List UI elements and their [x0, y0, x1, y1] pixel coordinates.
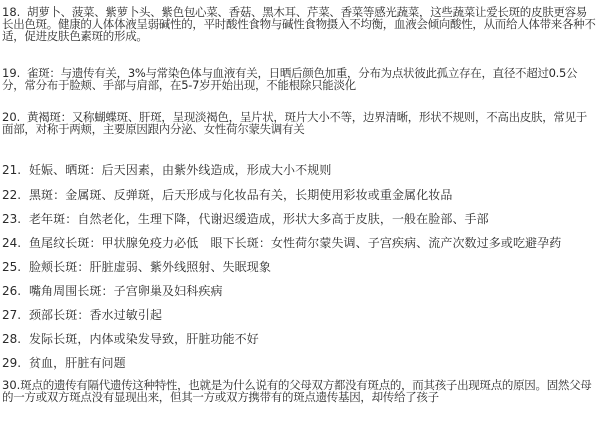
item-number: 23.	[2, 212, 21, 226]
item-21: 21. 妊娠、晒斑：后天因素，由紫外线造成，形成大小不规则	[2, 163, 598, 177]
item-29: 29. 贫血，肝脏有问题	[2, 356, 598, 370]
item-text: 胡萝卜、菠菜、紫萝卜头、紫色包心菜、香菇、黑木耳、芹菜、香菜等感光蔬菜，这些蔬菜…	[2, 5, 596, 43]
item-text: 妊娠、晒斑：后天因素，由紫外线造成，形成大小不规则	[29, 163, 332, 177]
item-23: 23. 老年斑：自然老化，生理下降，代谢迟缓造成，形状大多高于皮肤，一般在脸部、…	[2, 212, 598, 226]
item-number: 21.	[2, 163, 21, 177]
item-text: 黄褐斑：又称蝴蝶斑、肝斑，呈现淡褐色，呈片状，斑片大小不等，边界清晰，形状不规则…	[2, 110, 587, 136]
item-number: 29.	[2, 356, 21, 370]
item-30: 30.斑点的遗传有隔代遗传这种特性，也就是为什么说有的父母双方都没有斑点的，而其…	[2, 379, 598, 403]
item-text: 鱼尾纹长斑：甲状腺免疫力必低 眼下长斑：女性荷尔蒙失调、子宫疾病、流产次数过多或…	[29, 236, 561, 250]
item-text: 贫血，肝脏有问题	[29, 356, 126, 370]
item-24: 24. 鱼尾纹长斑：甲状腺免疫力必低 眼下长斑：女性荷尔蒙失调、子宫疾病、流产次…	[2, 236, 598, 250]
item-number: 28.	[2, 332, 21, 346]
item-28: 28. 发际长斑，内体或染发导致，肝脏功能不好	[2, 332, 598, 346]
item-18: 18. 胡萝卜、菠菜、紫萝卜头、紫色包心菜、香菇、黑木耳、芹菜、香菜等感光蔬菜，…	[2, 6, 598, 42]
item-number: 24.	[2, 236, 21, 250]
item-25: 25. 脸颊长斑：肝脏虚弱、紫外线照射、失眠现象	[2, 260, 598, 274]
item-number: 26.	[2, 284, 21, 298]
item-26: 26. 嘴角周围长斑：子宫卵巢及妇科疾病	[2, 284, 598, 298]
item-text: 脸颊长斑：肝脏虚弱、紫外线照射、失眠现象	[29, 260, 271, 274]
item-text: 嘴角周围长斑：子宫卵巢及妇科疾病	[29, 284, 223, 298]
item-number: 22.	[2, 188, 21, 202]
item-text: 发际长斑，内体或染发导致，肝脏功能不好	[29, 332, 259, 346]
item-22: 22. 黑斑：金属斑、反弹斑，后天形成与化妆品有关，长期使用彩妆或重金属化妆品	[2, 188, 598, 202]
item-text: 老年斑：自然老化，生理下降，代谢迟缓造成，形状大多高于皮肤，一般在脸部、手部	[29, 212, 489, 226]
item-number: 25.	[2, 260, 21, 274]
item-text: 黑斑：金属斑、反弹斑，后天形成与化妆品有关，长期使用彩妆或重金属化妆品	[29, 188, 453, 202]
document-page: 18. 胡萝卜、菠菜、紫萝卜头、紫色包心菜、香菇、黑木耳、芹菜、香菜等感光蔬菜，…	[0, 0, 600, 424]
item-text: 颈部长斑：香水过敏引起	[29, 308, 162, 322]
item-text: 斑点的遗传有隔代遗传这种特性，也就是为什么说有的父母双方都没有斑点的，而其孩子出…	[2, 378, 592, 404]
item-number: 27.	[2, 308, 21, 322]
item-20: 20. 黄褐斑：又称蝴蝶斑、肝斑，呈现淡褐色，呈片状，斑片大小不等，边界清晰，形…	[2, 111, 598, 135]
item-27: 27. 颈部长斑：香水过敏引起	[2, 308, 598, 322]
item-text: 雀斑：与遗传有关，3%与常染色体与血液有关，日晒后颜色加重，分布为点状彼此孤立存…	[2, 66, 577, 92]
item-19: 19. 雀斑：与遗传有关，3%与常染色体与血液有关，日晒后颜色加重，分布为点状彼…	[2, 67, 598, 91]
